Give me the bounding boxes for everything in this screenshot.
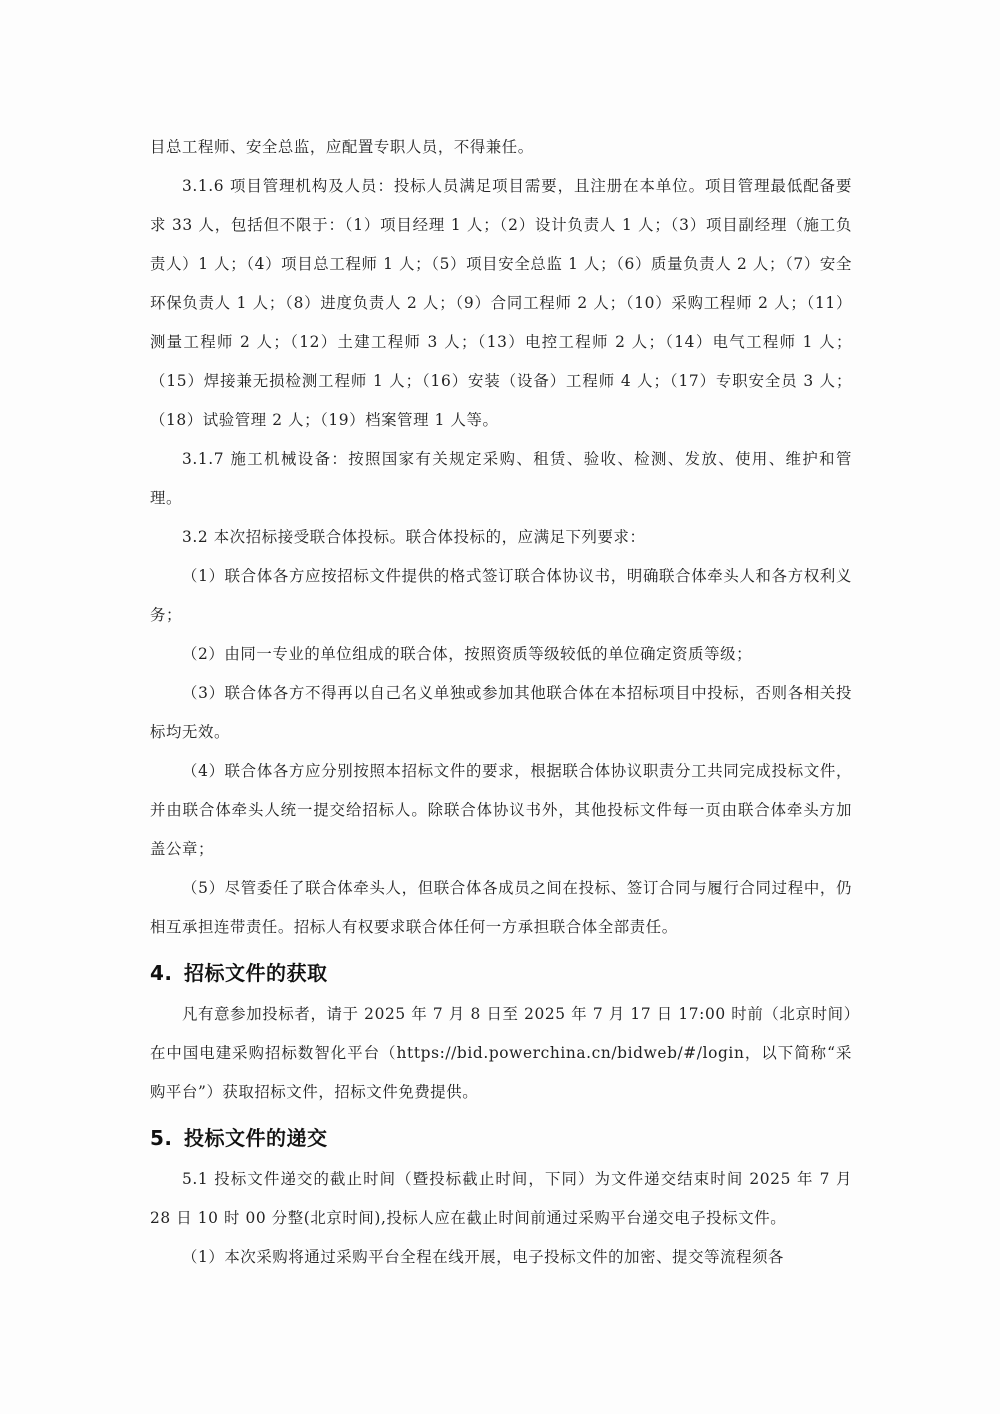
paragraph-3-2-item-5: （5）尽管委任了联合体牵头人，但联合体各成员之间在投标、签订合同与履行合同过程中… bbox=[150, 869, 852, 947]
section-number: 4. bbox=[150, 961, 184, 985]
section-heading-4: 4.招标文件的获取 bbox=[150, 961, 852, 985]
section-title: 招标文件的获取 bbox=[184, 961, 328, 985]
section-heading-5: 5.投标文件的递交 bbox=[150, 1126, 852, 1150]
paragraph-3-1-7: 3.1.7 施工机械设备：按照国家有关规定采购、租赁、验收、检测、发放、使用、维… bbox=[150, 440, 852, 518]
paragraph-3-1-6: 3.1.6 项目管理机构及人员：投标人员满足项目需要，且注册在本单位。项目管理最… bbox=[150, 167, 852, 440]
paragraph-3-2-item-2: （2）由同一专业的单位组成的联合体，按照资质等级较低的单位确定资质等级； bbox=[150, 635, 852, 674]
paragraph-continuation: 目总工程师、安全总监，应配置专职人员，不得兼任。 bbox=[150, 128, 852, 167]
section-number: 5. bbox=[150, 1126, 184, 1150]
document-body: 目总工程师、安全总监，应配置专职人员，不得兼任。 3.1.6 项目管理机构及人员… bbox=[150, 128, 852, 1277]
section-title: 投标文件的递交 bbox=[184, 1126, 328, 1150]
paragraph-3-2-item-3: （3）联合体各方不得再以自己名义单独或参加其他联合体在本招标项目中投标，否则各相… bbox=[150, 674, 852, 752]
paragraph-3-2: 3.2 本次招标接受联合体投标。联合体投标的，应满足下列要求： bbox=[150, 518, 852, 557]
paragraph-3-2-item-4: （4）联合体各方应分别按照本招标文件的要求，根据联合体协议职责分工共同完成投标文… bbox=[150, 752, 852, 869]
document-page: 目总工程师、安全总监，应配置专职人员，不得兼任。 3.1.6 项目管理机构及人员… bbox=[0, 0, 1000, 1414]
paragraph-5-1-item-1: （1）本次采购将通过采购平台全程在线开展，电子投标文件的加密、提交等流程须各 bbox=[150, 1238, 852, 1277]
paragraph-3-2-item-1: （1）联合体各方应按招标文件提供的格式签订联合体协议书，明确联合体牵头人和各方权… bbox=[150, 557, 852, 635]
paragraph-section-4: 凡有意参加投标者，请于 2025 年 7 月 8 日至 2025 年 7 月 1… bbox=[150, 995, 852, 1112]
paragraph-5-1: 5.1 投标文件递交的截止时间（暨投标截止时间，下同）为文件递交结束时间 202… bbox=[150, 1160, 852, 1238]
